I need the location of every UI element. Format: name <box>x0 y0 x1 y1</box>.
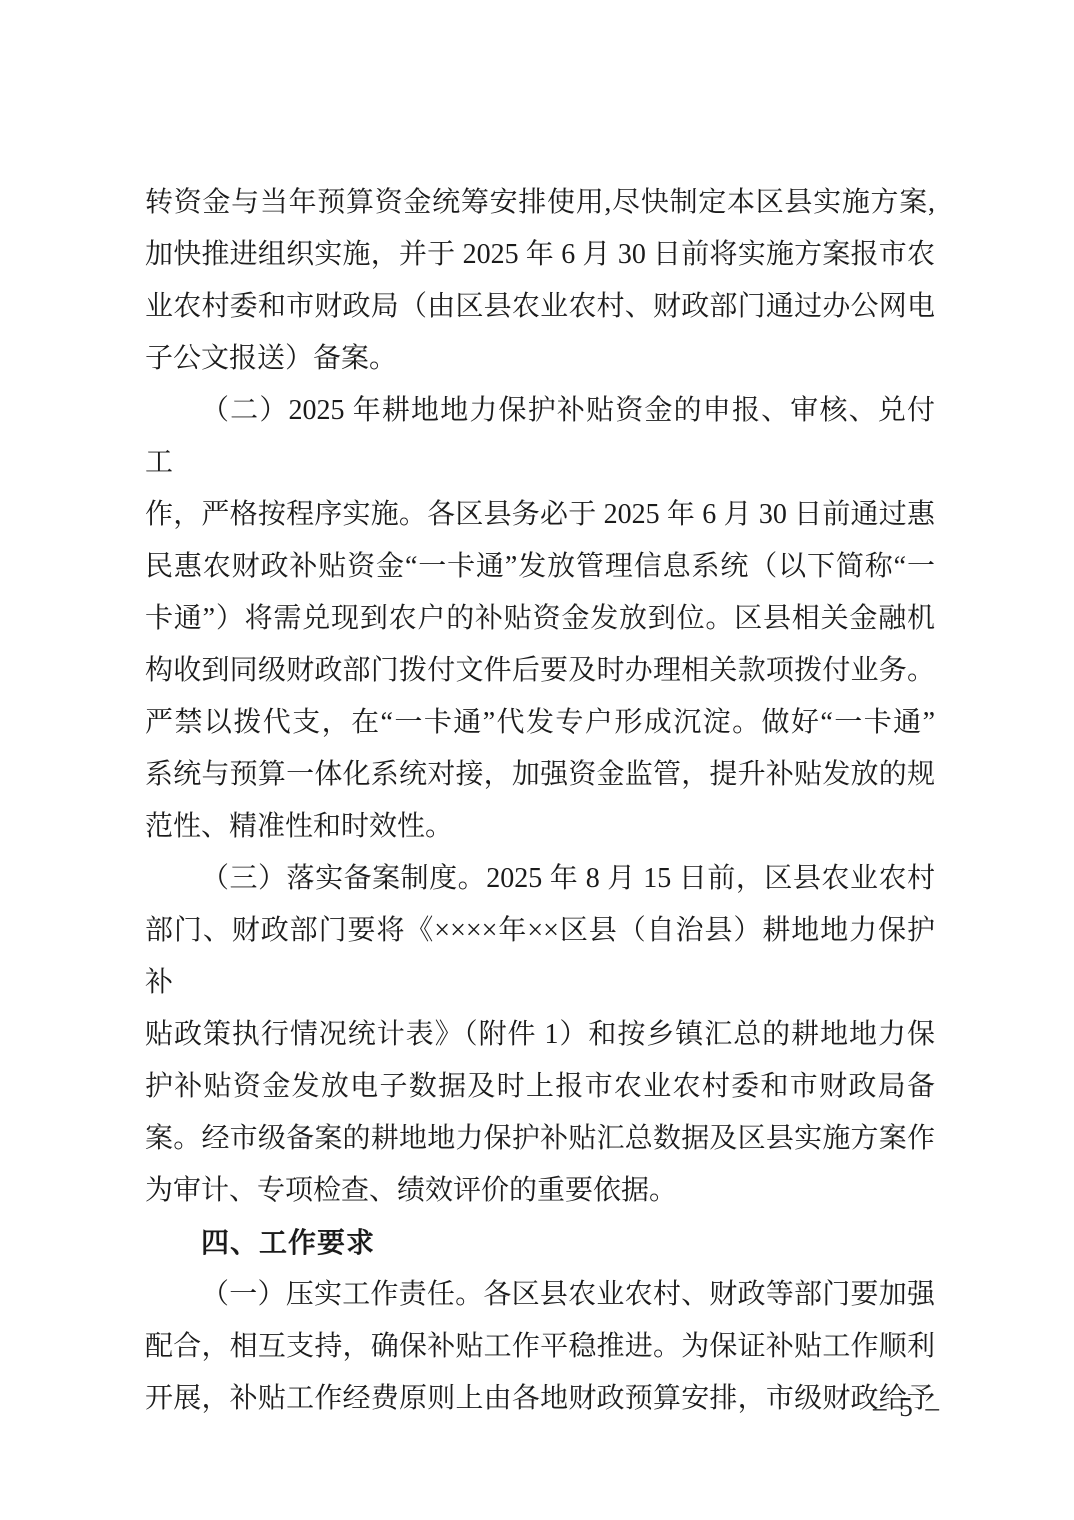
page-footer: – 5 – <box>873 1392 942 1423</box>
text-line: （二）2025 年耕地地力保护补贴资金的申报、审核、兑付工 <box>145 385 935 489</box>
text-line: 子公文报送）备案。 <box>145 333 935 385</box>
text-line: 作，严格按程序实施。各区县务必于 2025 年 6 月 30 日前通过惠 <box>145 489 935 541</box>
text-line: 部门、财政部门要将《××××年××区县（自治县）耕地地力保护补 <box>145 905 935 1009</box>
text-line: 开展，补贴工作经费原则上由各地财政预算安排，市级财政给予 <box>145 1373 935 1425</box>
text-line: 为审计、专项检查、绩效评价的重要依据。 <box>145 1165 935 1217</box>
document-page: 转资金与当年预算资金统筹安排使用,尽快制定本区县实施方案,加快推进组织实施，并于… <box>0 0 1074 1520</box>
page-number: – 5 – <box>873 1392 942 1422</box>
text-line: 业农村委和市财政局（由区县农业农村、财政部门通过办公网电 <box>145 281 935 333</box>
text-line: 系统与预算一体化系统对接，加强资金监管，提升补贴发放的规 <box>145 749 935 801</box>
text-line: 护补贴资金发放电子数据及时上报市农业农村委和市财政局备 <box>145 1061 935 1113</box>
text-line: （一）压实工作责任。各区县农业农村、财政等部门要加强 <box>145 1269 935 1321</box>
text-line: 严禁以拨代支，在“一卡通”代发专户形成沉淀。做好“一卡通” <box>145 697 935 749</box>
text-line: 案。经市级备案的耕地地力保护补贴汇总数据及区县实施方案作 <box>145 1113 935 1165</box>
text-line: （三）落实备案制度。2025 年 8 月 15 日前，区县农业农村 <box>145 853 935 905</box>
text-line: 配合，相互支持，确保补贴工作平稳推进。为保证补贴工作顺利 <box>145 1321 935 1373</box>
document-body: 转资金与当年预算资金统筹安排使用,尽快制定本区县实施方案,加快推进组织实施，并于… <box>145 177 935 1425</box>
text-line: 贴政策执行情况统计表》（附件 1）和按乡镇汇总的耕地地力保 <box>145 1009 935 1061</box>
text-line: 卡通”）将需兑现到农户的补贴资金发放到位。区县相关金融机 <box>145 593 935 645</box>
text-line: 民惠农财政补贴资金“一卡通”发放管理信息系统（以下简称“一 <box>145 541 935 593</box>
text-line: 转资金与当年预算资金统筹安排使用,尽快制定本区县实施方案, <box>145 177 935 229</box>
section-heading: 四、工作要求 <box>145 1217 935 1269</box>
text-line: 加快推进组织实施，并于 2025 年 6 月 30 日前将实施方案报市农 <box>145 229 935 281</box>
text-line: 构收到同级财政部门拨付文件后要及时办理相关款项拨付业务。 <box>145 645 935 697</box>
text-line: 范性、精准性和时效性。 <box>145 801 935 853</box>
